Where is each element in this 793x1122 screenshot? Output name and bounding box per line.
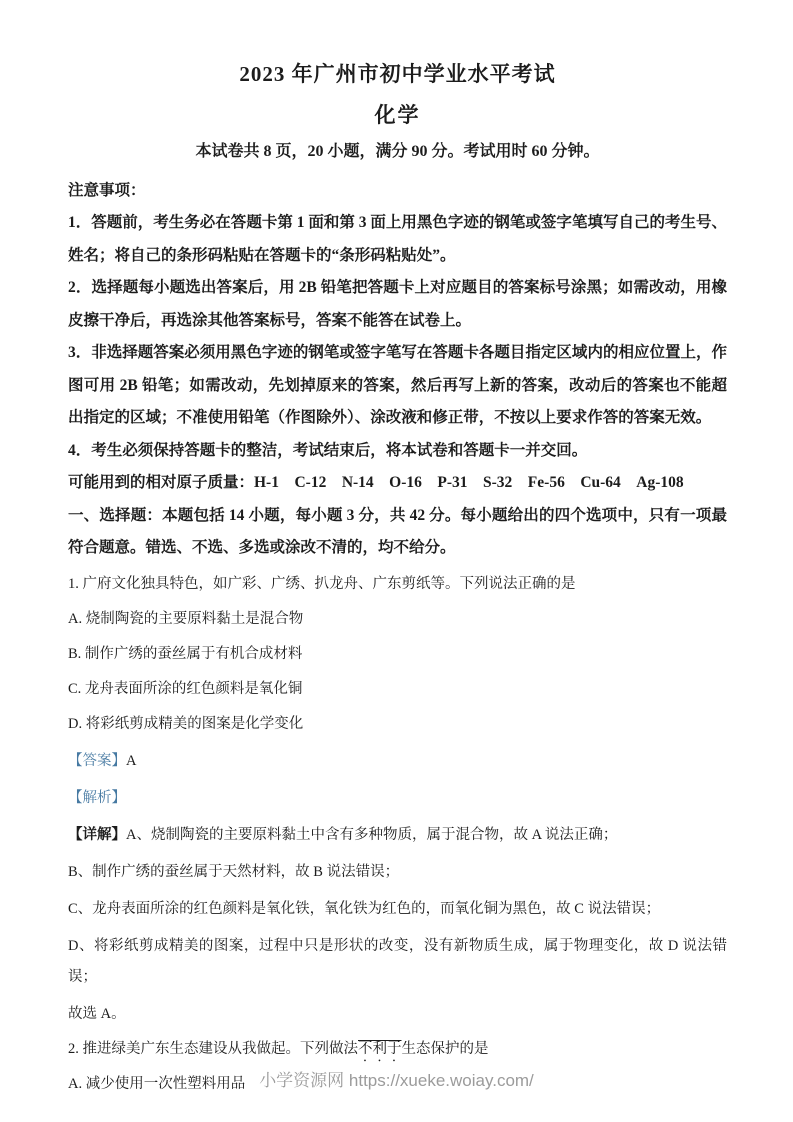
question-1-conclusion: 故选 A。 <box>68 999 727 1030</box>
question-1-option-b: B. 制作广绣的蚕丝属于有机合成材料 <box>68 639 727 670</box>
question-2-stem-pre: 2. 推进绿美广东生态建设从我做起。下列做法 <box>68 1041 358 1057</box>
question-1-detail-line-c: C、龙舟表面所涂的红色颜料是氧化铁，氧化铁为红色的，而氧化铜为黑色，故 C 说法… <box>68 894 727 925</box>
analysis-label: 【解析】 <box>68 790 126 806</box>
notice-item-3: 3．非选择题答案必须用黑色字迹的钢笔或签字笔写在答题卡各题目指定区域内的相应位置… <box>68 337 727 435</box>
detail-text-a: A、烧制陶瓷的主要原料黏土中含有多种物质，属于混合物，故 A 说法正确； <box>126 827 617 843</box>
detail-label: 【详解】 <box>68 827 126 843</box>
footer-watermark: 小学资源网 https://xueke.woiay.com/ <box>0 1066 793 1091</box>
notice-item-2: 2．选择题每小题选出答案后，用 2B 铅笔把答题卡上对应题目的答案标号涂黑；如需… <box>68 272 727 337</box>
question-1-option-d: D. 将彩纸剪成精美的图案是化学变化 <box>68 709 727 740</box>
question-1-detail-line-d: D、将彩纸剪成精美的图案，过程中只是形状的改变，没有新物质生成，属于物理变化，故… <box>68 931 727 993</box>
atomic-mass-line: 可能用到的相对原子质量：H-1 C-12 N-14 O-16 P-31 S-32… <box>68 467 727 500</box>
answer-value: A <box>126 753 136 769</box>
question-1-answer-line: 【答案】A <box>68 746 727 777</box>
subject-title: 化学 <box>68 102 727 128</box>
question-1-stem: 1. 广府文化独具特色，如广彩、广绣、扒龙舟、广东剪纸等。下列说法正确的是 <box>68 569 727 600</box>
page-title: 2023 年广州市初中学业水平考试 <box>68 60 727 88</box>
question-2-stem: 2. 推进绿美广东生态建设从我做起。下列做法不利于生态保护的是 <box>68 1034 727 1065</box>
question-2-stem-post: 生态保护的是 <box>402 1041 489 1057</box>
question-1-option-c: C. 龙舟表面所涂的红色颜料是氧化铜 <box>68 674 727 705</box>
notice-item-1: 1．答题前，考生务必在答题卡第 1 面和第 3 面上用黑色字迹的钢笔或签字笔填写… <box>68 207 727 272</box>
answer-label: 【答案】 <box>68 753 126 769</box>
page-content: 2023 年广州市初中学业水平考试 化学 本试卷共 8 页，20 小题，满分 9… <box>0 0 793 1100</box>
question-1-detail-line-a: 【详解】A、烧制陶瓷的主要原料黏土中含有多种物质，属于混合物，故 A 说法正确； <box>68 820 727 851</box>
notice-item-4: 4．考生必须保持答题卡的整洁，考试结束后，将本试卷和答题卡一并交回。 <box>68 435 727 468</box>
exam-paper-page: 2023 年广州市初中学业水平考试 化学 本试卷共 8 页，20 小题，满分 9… <box>0 0 793 1122</box>
notice-heading: 注意事项： <box>68 175 727 207</box>
exam-info-line: 本试卷共 8 页，20 小题，满分 90 分。考试用时 60 分钟。 <box>68 141 727 163</box>
question-1-analysis-line: 【解析】 <box>68 783 727 814</box>
question-1-option-a: A. 烧制陶瓷的主要原料黏土是混合物 <box>68 604 727 635</box>
question-2-stem-emphasis: 不利于 <box>358 1041 402 1057</box>
section-heading: 一、选择题：本题包括 14 小题，每小题 3 分，共 42 分。每小题给出的四个… <box>68 500 727 565</box>
question-1-detail-line-b: B、制作广绣的蚕丝属于天然材料，故 B 说法错误； <box>68 857 727 888</box>
